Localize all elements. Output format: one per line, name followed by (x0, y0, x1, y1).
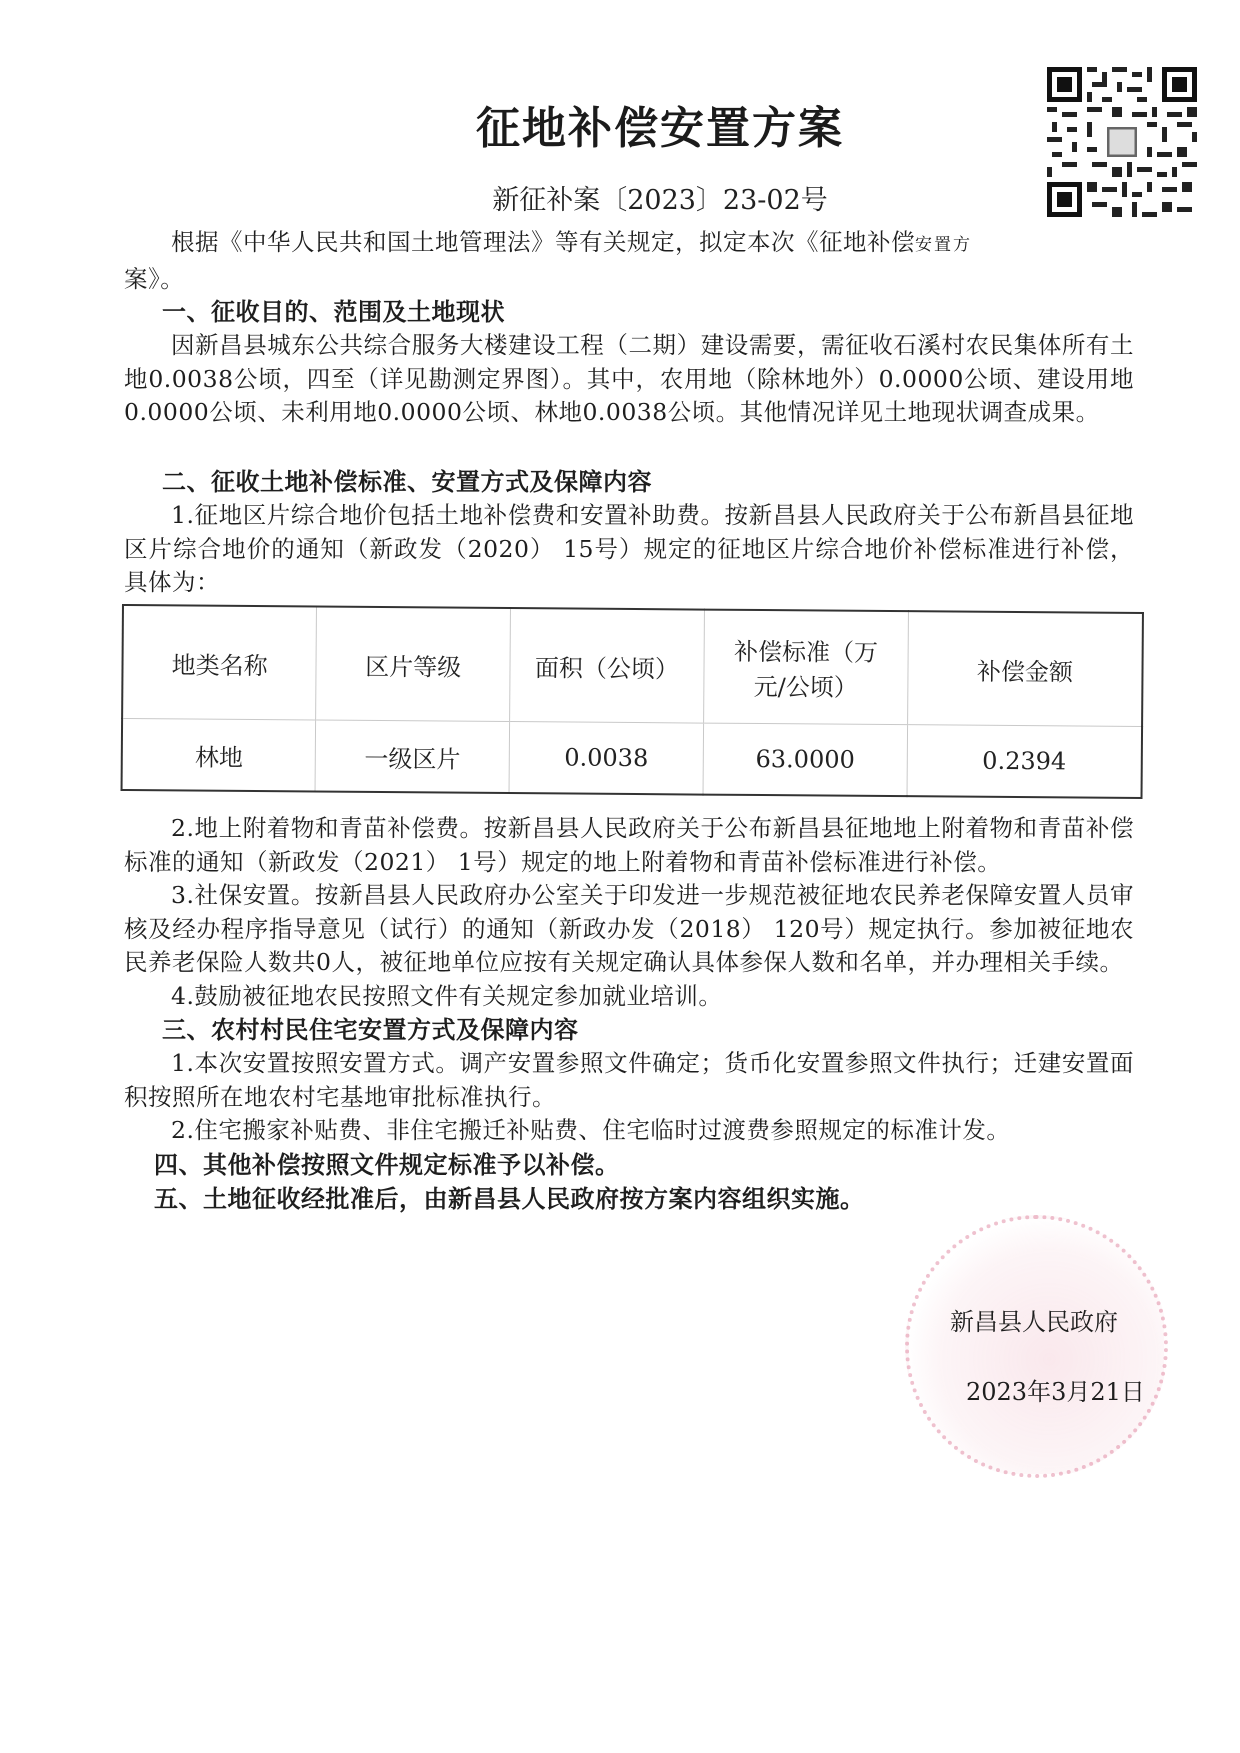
table-header-cell: 补偿标准（万元/公顷） (703, 610, 908, 725)
section-5-heading: 五、土地征收经批准后，由新昌县人民政府按方案内容组织实施。 (124, 1182, 1134, 1216)
issuer-signature: 新昌县人民政府 (950, 1302, 1118, 1337)
section-1-text: 因新昌县城东公共综合服务大楼建设工程（二期）建设需要，需征收石溪村农民集体所有土… (124, 329, 1134, 430)
table-header-cell: 补偿金额 (907, 611, 1142, 726)
section-2-item-4: 4.鼓励被征地农民按照文件有关规定参加就业培训。 (124, 980, 1134, 1014)
table-header-cell: 地类名称 (122, 605, 317, 720)
section-2: 二、征收土地补偿标准、安置方式及保障内容 1.征地区片综合地价包括土地补偿费和安… (124, 465, 1134, 600)
table-header-row: 地类名称 区片等级 面积（公顷） 补偿标准（万元/公顷） 补偿金额 (122, 605, 1143, 727)
section-2-item-2: 2.地上附着物和青苗补偿费。按新昌县人民政府关于公布新昌县征地地上附着物和青苗补… (124, 812, 1134, 879)
section-2-item-1: 1.征地区片综合地价包括土地补偿费和安置补助费。按新昌县人民政府关于公布新昌县征… (124, 499, 1134, 600)
table-cell: 林地 (122, 719, 316, 792)
table-header-cell: 区片等级 (316, 607, 511, 722)
section-4-heading: 四、其他补偿按照文件规定标准予以补偿。 (124, 1148, 1134, 1182)
section-3-item-2: 2.住宅搬家补贴费、非住宅搬迁补贴费、住宅临时过渡费参照规定的标准计发。 (124, 1114, 1134, 1148)
issue-date: 2023年3月21日 (966, 1372, 1145, 1407)
section-1: 一、征收目的、范围及土地现状 因新昌县城东公共综合服务大楼建设工程（二期）建设需… (124, 295, 1134, 430)
table-row: 林地 一级区片 0.0038 63.0000 0.2394 (122, 719, 1143, 799)
table-cell: 63.0000 (703, 723, 908, 796)
section-2-item-3: 3.社保安置。按新昌县人民政府办公室关于印发进一步规范被征地农民养老保障安置人员… (124, 879, 1134, 980)
section-2-continued: 2.地上附着物和青苗补偿费。按新昌县人民政府关于公布新昌县征地地上附着物和青苗补… (124, 812, 1134, 1216)
preamble: 根据《中华人民共和国土地管理法》等有关规定，拟定本次《征地补偿安置方 案》。 (124, 226, 1134, 296)
table-header-cell: 面积（公顷） (510, 608, 705, 723)
preamble-end: 案》。 (124, 263, 1134, 297)
preamble-text: 根据《中华人民共和国土地管理法》等有关规定，拟定本次《征地补偿安置方 (124, 226, 1134, 263)
table-cell: 0.2394 (907, 725, 1142, 798)
page-title: 征地补偿安置方案 (0, 92, 1240, 156)
document-page: 征地补偿安置方案 新征补案〔2023〕23-02号 根据《中华人民共和国土地管理… (0, 0, 1240, 1753)
compensation-table: 地类名称 区片等级 面积（公顷） 补偿标准（万元/公顷） 补偿金额 林地 一级区… (121, 604, 1144, 799)
section-3-item-1: 1.本次安置按照安置方式。调产安置参照文件确定；货币化安置参照文件执行；迁建安置… (124, 1047, 1134, 1114)
section-3-heading: 三、农村村民住宅安置方式及保障内容 (124, 1013, 1134, 1047)
table-cell: 一级区片 (315, 720, 509, 793)
section-2-heading: 二、征收土地补偿标准、安置方式及保障内容 (124, 465, 1134, 499)
document-number: 新征补案〔2023〕23-02号 (0, 178, 1240, 217)
clipped-text: 安置方 (915, 235, 972, 255)
section-1-heading: 一、征收目的、范围及土地现状 (124, 295, 1134, 329)
table-cell: 0.0038 (509, 722, 703, 795)
official-seal (905, 1215, 1168, 1478)
